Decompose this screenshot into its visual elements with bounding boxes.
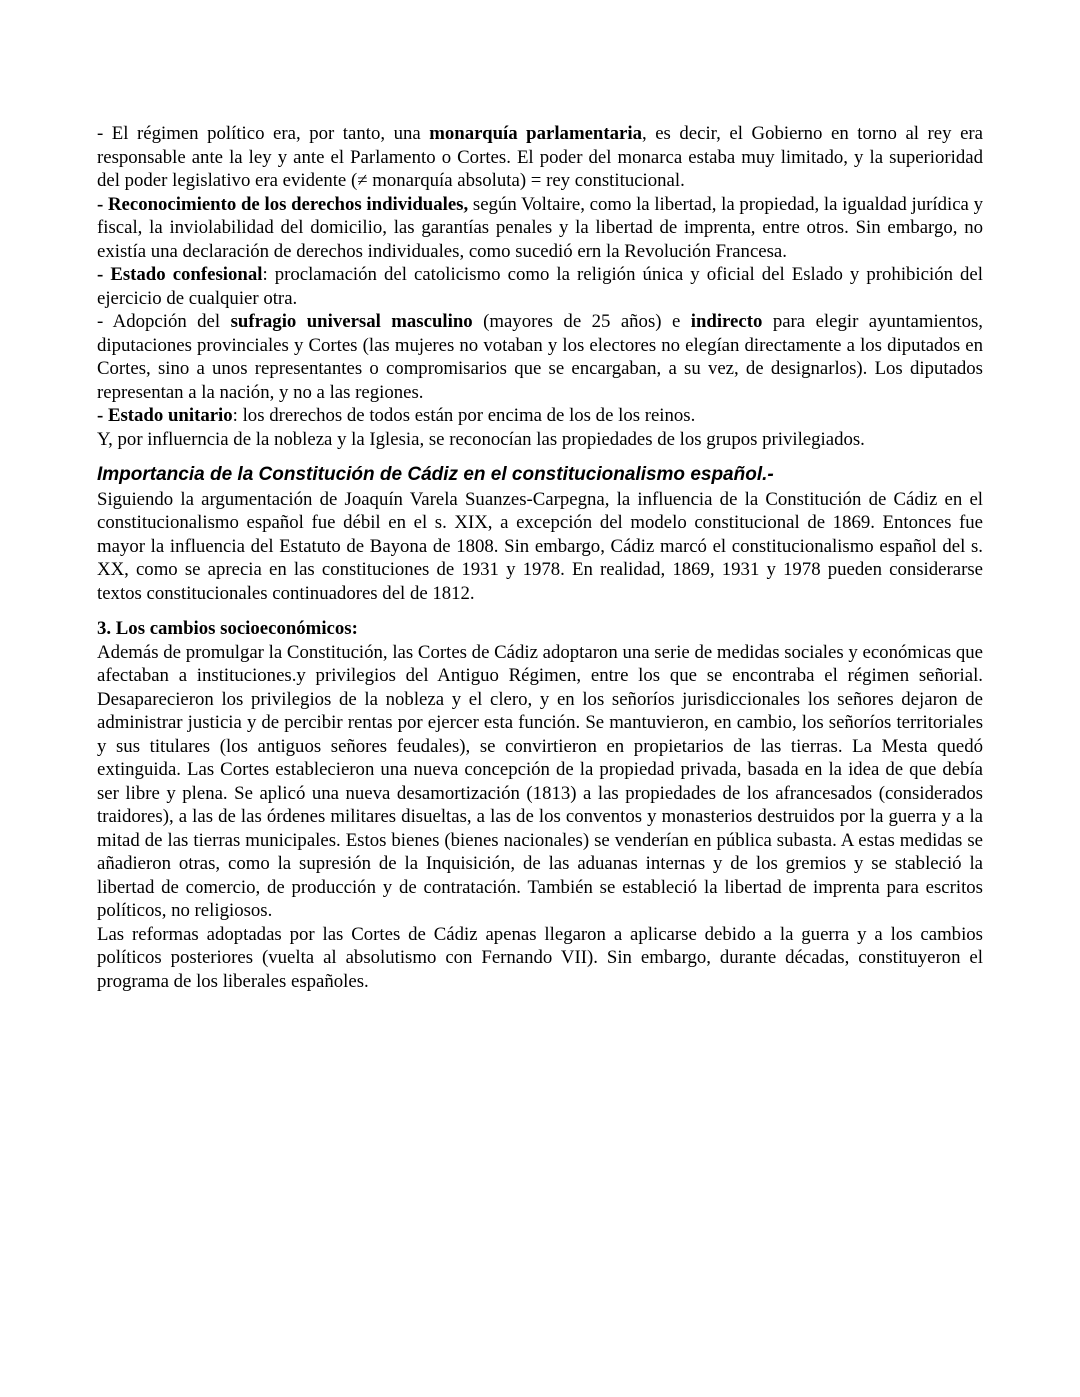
heading-importancia-constitucion: Importancia de la Constitución de Cádiz … bbox=[97, 463, 983, 487]
paragraph-siguiendo-argumentacion: Siguiendo la argumentación de Joaquín Va… bbox=[97, 488, 983, 606]
paragraph-sufragio-universal: - Adopción del sufragio universal mascul… bbox=[97, 310, 983, 404]
paragraph-reformas-adoptadas: Las reformas adoptadas por las Cortes de… bbox=[97, 923, 983, 994]
paragraph-derechos-individuales: - Reconocimiento de los derechos individ… bbox=[97, 193, 983, 264]
paragraph-estado-confesional: - Estado confesional: proclamación del c… bbox=[97, 263, 983, 310]
paragraph-estado-unitario: - Estado unitario: los drerechos de todo… bbox=[97, 404, 983, 428]
paragraph-influencia-nobleza: Y, por influerncia de la nobleza y la Ig… bbox=[97, 428, 983, 452]
paragraph-monarquia-parlamentaria: - El régimen político era, por tanto, un… bbox=[97, 122, 983, 193]
heading-cambios-socioeconomicos: 3. Los cambios socioeconómicos: bbox=[97, 617, 983, 641]
paragraph-ademas-promulgar: Además de promulgar la Constitución, las… bbox=[97, 641, 983, 923]
document-page: - El régimen político era, por tanto, un… bbox=[0, 0, 1080, 1397]
